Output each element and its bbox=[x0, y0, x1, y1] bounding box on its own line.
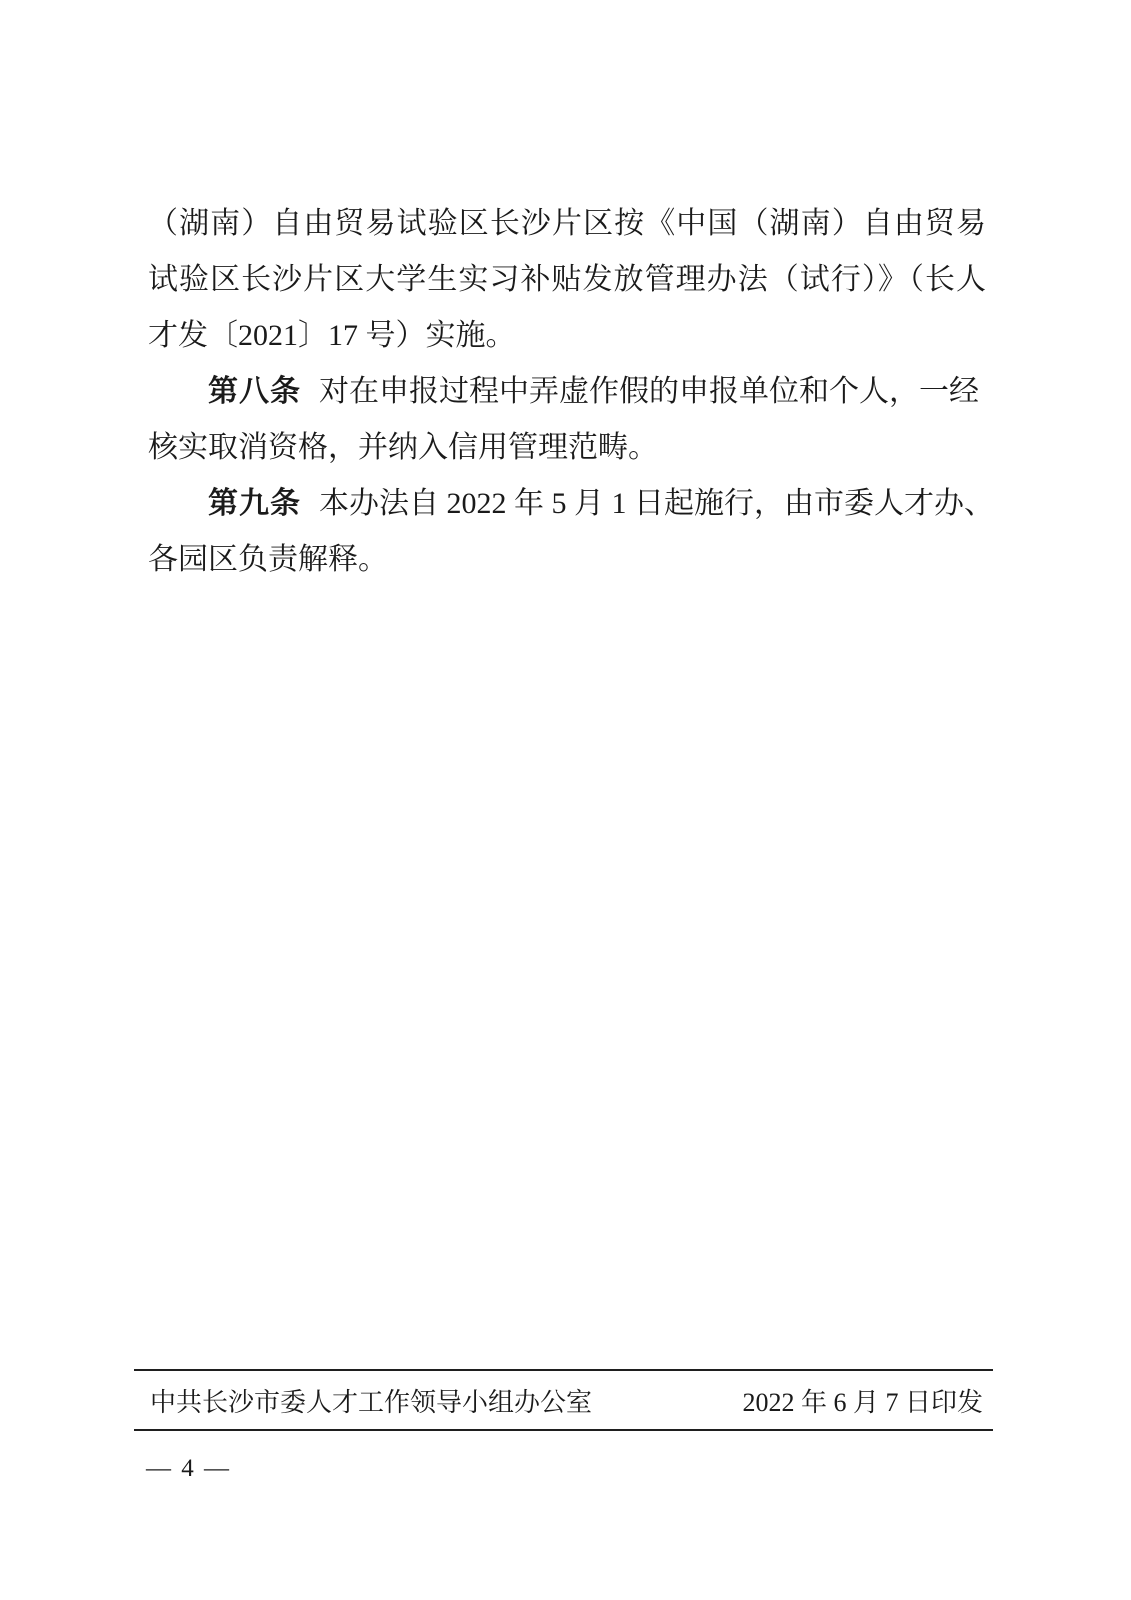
article-8-text: 对在申报过程中弄虚作假的申报单位和个人，一经 bbox=[319, 375, 979, 408]
article-9-text: 本办法自 2022 年 5 月 1 日起施行，由市委人才办、 bbox=[319, 487, 994, 520]
print-date: 2022 年 6 月 7 日印发 bbox=[742, 1382, 983, 1419]
article-9-line1: 第九条本办法自 2022 年 5 月 1 日起施行，由市委人才办、 bbox=[148, 476, 986, 532]
document-page: （湖南）自由贸易试验区长沙片区按《中国（湖南）自由贸易 试验区长沙片区大学生实习… bbox=[0, 0, 1131, 1600]
footer-row: 中共长沙市委人才工作领导小组办公室 2022 年 6 月 7 日印发 bbox=[134, 1371, 993, 1429]
page-number: — 4 — bbox=[146, 1452, 231, 1486]
para1-line1: （湖南）自由贸易试验区长沙片区按《中国（湖南）自由贸易 bbox=[148, 196, 986, 252]
article-8-label: 第八条 bbox=[208, 375, 301, 408]
article-9-line2: 各园区负责解释。 bbox=[148, 532, 986, 588]
issuing-office: 中共长沙市委人才工作领导小组办公室 bbox=[150, 1382, 592, 1419]
para1-line2: 试验区长沙片区大学生实习补贴发放管理办法（试行）》（长人 bbox=[148, 252, 986, 308]
footer-bottom-rule bbox=[134, 1429, 993, 1431]
document-footer: 中共长沙市委人才工作领导小组办公室 2022 年 6 月 7 日印发 bbox=[134, 1369, 993, 1431]
para1-line3: 才发〔2021〕17 号）实施。 bbox=[148, 308, 986, 364]
document-body: （湖南）自由贸易试验区长沙片区按《中国（湖南）自由贸易 试验区长沙片区大学生实习… bbox=[148, 196, 986, 588]
article-9-label: 第九条 bbox=[208, 487, 301, 520]
article-8-line2: 核实取消资格，并纳入信用管理范畴。 bbox=[148, 420, 986, 476]
article-8-line1: 第八条对在申报过程中弄虚作假的申报单位和个人，一经 bbox=[148, 364, 986, 420]
